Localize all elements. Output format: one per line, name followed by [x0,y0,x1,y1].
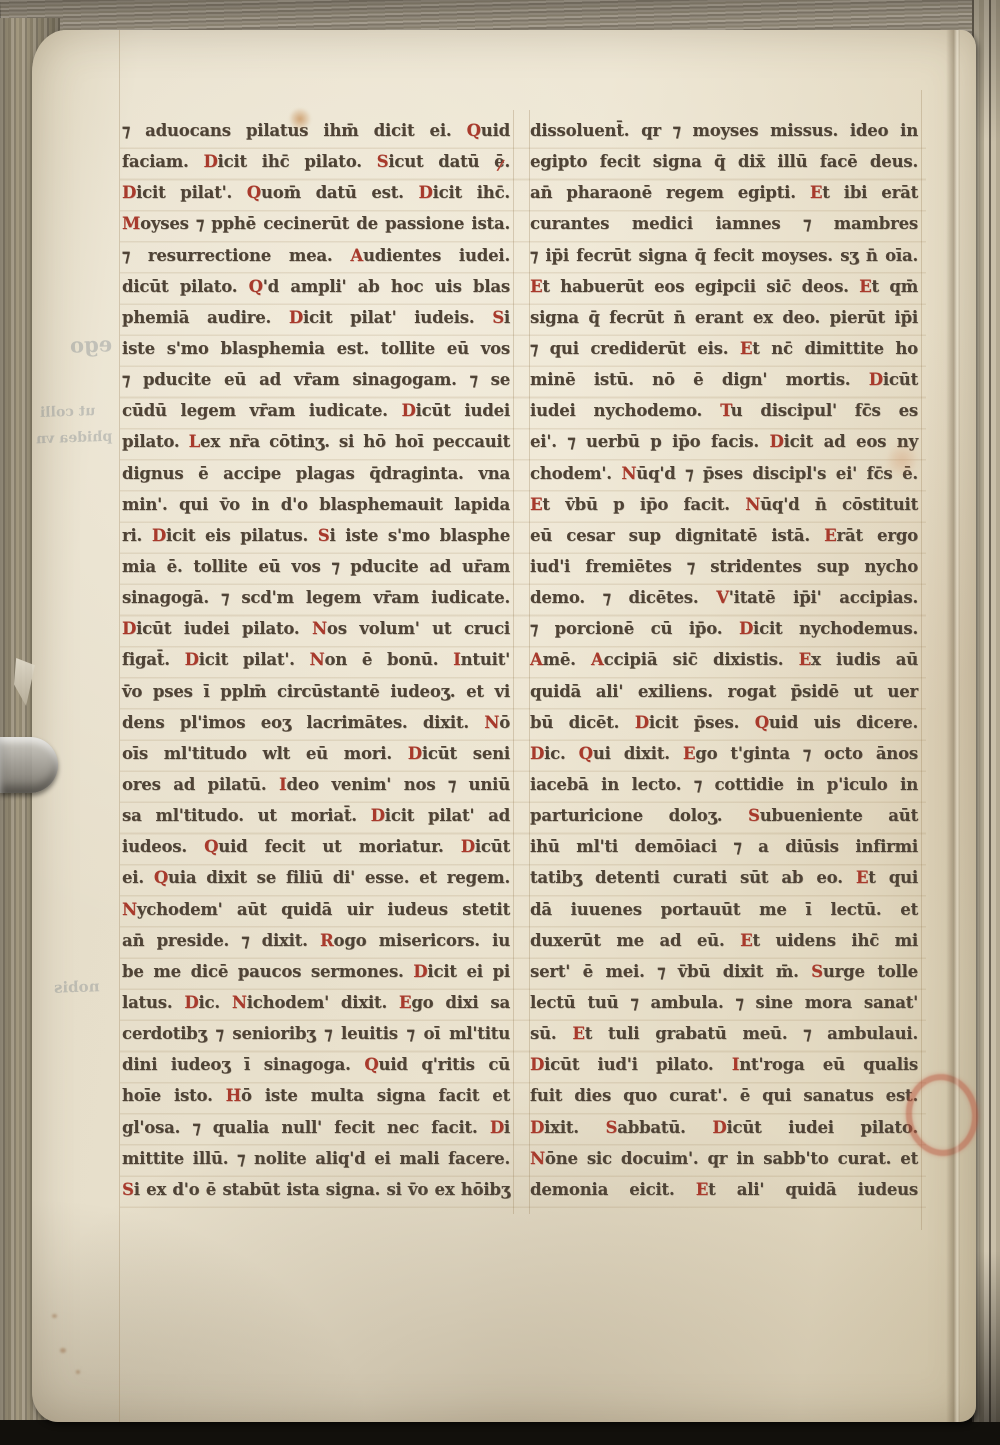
text-run: ychodem' aūt quidā uir iudeus stetit [137,900,510,919]
rubricated-letter: D [152,526,166,545]
rubricated-letter: D [122,183,136,202]
manuscript-text-line: cūdū legem vr̄am iudicate. Dicūt iudei [122,396,510,427]
rubricated-letter: D [739,619,753,638]
rubricated-letter: N [745,495,760,514]
manuscript-text-line: faciam. Dicit ihc̄ pilato. Sicut datū ē. [122,147,510,178]
text-run: oyses ⁊ pphē cecinerūt de passione ista. [140,214,510,233]
manuscript-text-line: ei. Quia dixit se filiū di' esse. et reg… [122,863,510,894]
text-run: ex nr̄a cōtinʒ. si hō hoī peccauit [200,432,510,451]
text-run: quidā ali' exiliens. rogat p̄sidē ut uer [530,682,918,701]
text-run: u discipul' fc̄s es [731,401,918,420]
manuscript-text-line: an̄ preside. ⁊ dixit. Rogo misericors. i… [122,926,510,957]
text-run: cūdū legem vr̄am iudicate. [122,401,401,420]
manuscript-text-line: demonia eicit. Et ali' quidā iudeus [530,1175,918,1206]
manuscript-text-line: v̄o pses ī pplm̄ circūstantē iudeoʒ. et … [122,677,510,708]
text-run: sū. [530,1024,572,1043]
manuscript-text-line: lectū tuū ⁊ ambula. ⁊ sine mora sanat' [530,988,918,1019]
text-run: ō iste multa signa facit et [241,1086,510,1105]
text-run: 'd ampli' ab hoc uis blas [263,277,510,296]
manuscript-text-line: min'. qui v̄o in d'o blasphemauit lapida [122,490,510,521]
text-run: uia dixit se filiū di' esse. et regem. [168,868,510,887]
text-run: icūt iudei pilato. [726,1118,918,1137]
manuscript-text-line: sinagogā. ⁊ scd'm legem vr̄am iudicate. [122,583,510,614]
text-run: icit p̄ses. [649,713,755,732]
rubricated-letter: S [748,806,760,825]
text-run: t v̄bū p ip̄o facit. [542,495,745,514]
text-run: t tuli grabatū meū. ⁊ ambulaui. [585,1024,918,1043]
text-run: an̄ preside. ⁊ dixit. [122,931,320,950]
rubricated-letter: A [530,650,543,669]
text-run: dā iuuenes portauūt me ī lectū. et [530,900,918,919]
manuscript-text-line: phemiā audire. Dicit pilat' iudeis. Si [122,303,510,334]
manuscript-text-line: gl'osa. ⁊ qualia null' fecit nec facit. … [122,1113,510,1144]
manuscript-text-line: ⁊ qui crediderūt eis. Et nc̄ dimittite h… [530,334,918,365]
manuscript-text-line: ei'. ⁊ uerbū p ip̄o facis. Dicit ad eos … [530,427,918,458]
rubricated-letter: E [530,277,542,296]
rubricated-letter: D [461,837,475,856]
text-run: minē istū. nō ē dign' mortis. [530,370,869,389]
text-run: lectū tuū ⁊ ambula. ⁊ sine mora sanat' [530,993,918,1012]
rubricated-letter: R [320,931,334,950]
manuscript-text-line: bū dicēt. Dicit p̄ses. Quid uis dicere. [530,708,918,739]
text-run: abbatū. [617,1118,712,1137]
manuscript-text-line: Moyses ⁊ pphē cecinerūt de passione ista… [122,209,510,240]
text-run: duxerūt me ad eū. [530,931,740,950]
rubricated-letter: N [312,619,327,638]
rubricated-letter: D [185,650,199,669]
text-run: icit pilat'. [199,650,310,669]
manuscript-text-line: demo. ⁊ dicētes. V'itatē ip̄i' accipias. [530,583,918,614]
text-run: i ex d'o ē stabūt ista signa. si v̄o ex … [134,1180,510,1199]
show-through-ghost-text: ego [70,331,113,357]
text-run: icūt [475,837,510,856]
manuscript-text-line: mittite illū. ⁊ nolite aliq'd ei mali fa… [122,1144,510,1175]
rubricated-letter: N [310,650,325,669]
ruling-vertical-line-left [119,30,120,1422]
manuscript-text-line: iudeos. Quid fecit ut moriatur. Dicūt [122,832,510,863]
manuscript-text-line: dissoluent̄. qr ⁊ moyses missus. ideo in [530,116,918,147]
manuscript-text-line: dini iudeoʒ ī sinagoga. Quid q'ritis cū [122,1050,510,1081]
manuscript-text-line: oīs ml'titudo wlt eū mori. Dicūt seni [122,739,510,770]
stain-freckle [60,1348,66,1353]
text-run: rāt ergo [837,526,918,545]
manuscript-text-line: Dicit pilat'. Quom̄ datū est. Dicit ihc̄… [122,178,510,209]
page-fold-crease [946,30,960,1422]
text-run: eū cesar sup dignitatē istā. [530,526,824,545]
rubricated-letter: E [572,1024,584,1043]
text-run: ūq'd ⁊ p̄ses discipl's ei' fc̄s ē. [636,464,918,483]
text-run: x iudis aū [811,650,918,669]
rubricated-letter: Q [154,868,168,887]
book-page-edges-right [972,0,1000,1422]
manuscript-text-line: Nōne sic docuim'. qr in sabb'to curat. e… [530,1144,918,1175]
text-run: ixit. [544,1118,605,1137]
text-run: ⁊ porcionē cū ip̄o. [530,619,739,638]
text-run: fuit dies quo curat'. ē qui sanatus est. [530,1086,918,1105]
rubricated-letter: E [740,931,752,950]
text-run: signa q̄ fecrūt n̄ erant ex deo. pierūt … [530,308,918,327]
manuscript-text-line: Dicūt iudei pilato. Nos volum' ut cruci [122,614,510,645]
stain-freckle [76,1370,80,1374]
manuscript-text-line: sū. Et tuli grabatū meū. ⁊ ambulaui. [530,1019,918,1050]
manuscript-text-line: Nychodem' aūt quidā uir iudeus stetit [122,895,510,926]
manuscript-text-line: Dicūt iud'i pilato. Int'roga eū qualis [530,1050,918,1081]
manuscript-text-line: egipto fecit signa q̄ dix̄ illū facē deu… [530,147,918,178]
manuscript-text-line: ihū ml'ti demōiaci ⁊ a diūsis infirmi [530,832,918,863]
manuscript-text-line: quidā ali' exiliens. rogat p̄sidē ut uer [530,677,918,708]
text-run: uid fecit ut moriatur. [218,837,460,856]
text-run: ⁊ pducite eū ad vr̄am sinagogam. ⁊ se [122,370,510,389]
manuscript-text-line: minē istū. nō ē dign' mortis. Dicūt [530,365,918,396]
text-run: sa ml'titudo. ut moriat̄. [122,806,371,825]
text-run: icit nychodemus. [753,619,918,638]
rubricated-letter: E [740,339,752,358]
manuscript-text-line: dicūt pilato. Q'd ampli' ab hoc uis blas [122,272,510,303]
manuscript-text-line: iud'i fremiētes ⁊ stridentes sup nycho [530,552,918,583]
rubricated-letter: S [606,1118,618,1137]
text-run: pilato. [122,432,189,451]
rubricated-letter: T [720,401,731,420]
manuscript-text-line: mia ē. tollite eū vos ⁊ pducite ad ur̄am [122,552,510,583]
rubricated-letter: D [770,432,784,451]
manuscript-text-line: ⁊ porcionē cū ip̄o. Dicit nychodemus. [530,614,918,645]
text-run: icit pilat' ad [385,806,510,825]
rubricated-letter: E [530,495,542,514]
manuscript-text-line: iudei nychodemo. Tu discipul' fc̄s es [530,396,918,427]
manuscript-text-line: ores ad pilatū. Ideo venim' nos ⁊ uniū [122,770,510,801]
text-run: dens pl'imos eoʒ lacrimātes. dixit. [122,713,484,732]
plastic-clip [0,737,58,793]
text-run: ōne sic docuim'. qr in sabb'to curat. et [545,1149,918,1168]
rubricated-letter: D [530,1055,544,1074]
text-run: ui dixit. [593,744,683,763]
text-run: parturicione doloʒ. [530,806,748,825]
manuscript-text-line: ⁊ aduocans pilatus ihm̄ dicit ei. Quid [122,116,510,147]
rubricated-letter: D [635,713,649,732]
rubricated-letter: N [484,713,499,732]
rubricated-letter: V [716,588,729,607]
rubricated-letter: Q [755,713,769,732]
text-run: mia ē. tollite eū vos ⁊ pducite ad ur̄am [122,557,510,576]
text-run: urge tolle [823,962,918,981]
rubricated-letter: D [413,962,427,981]
text-run: ⁊ qui crediderūt eis. [530,339,740,358]
rubricated-letter: N [530,1149,545,1168]
text-run: an̄ pharaonē regem egipti. [530,183,810,202]
text-run: latus. [122,993,184,1012]
text-run: uid [481,121,510,140]
rubricated-letter: D [408,744,422,763]
text-run: icit pilat'. [136,183,247,202]
text-run: phemiā audire. [122,308,289,327]
text-run: demo. ⁊ dicētes. [530,588,716,607]
manuscript-text-line: an̄ pharaonē regem egipti. Et ibi erāt [530,178,918,209]
text-run: i [504,308,510,327]
text-run: ri. [122,526,152,545]
text-run: sinagogā. ⁊ scd'm legem vr̄am iudicate. [122,588,510,607]
rubricated-letter: H [226,1086,241,1105]
text-run: ihū ml'ti demōiaci ⁊ a diūsis infirmi [530,837,918,856]
text-run: ic. [198,993,231,1012]
text-run: i [504,1118,510,1137]
rubricated-letter: Q [204,837,218,856]
text-run: curantes medici iamnes ⁊ mambres [530,214,918,233]
manuscript-text-line: Dixit. Sabbatū. Dicūt iudei pilato. [530,1113,918,1144]
text-run: i iste s'mo blasphe [329,526,510,545]
manuscript-text-line: curantes medici iamnes ⁊ mambres [530,209,918,240]
text-run: t nc̄ dimittite ho [752,339,918,358]
text-run: ūq'd n̄ cōstituit [760,495,918,514]
text-run: go dixi sa [411,993,510,1012]
text-run: deo venim' nos ⁊ uniū [286,775,510,794]
text-run: icit ei pi [427,962,510,981]
show-through-ghost-text: phidea vn [36,429,113,448]
manuscript-text-line: ⁊ ip̄i fecrūt signa q̄ fecit moyses. sʒ … [530,241,918,272]
rubricated-letter: N [122,900,137,919]
text-column-right: dissoluent̄. qr ⁊ moyses missus. ideo in… [530,116,918,1206]
text-run: bū dicēt. [530,713,635,732]
text-run: cerdotibʒ ⁊ senioribʒ ⁊ leuitis ⁊ oī ml'… [122,1024,510,1043]
text-run: hoīe isto. [122,1086,226,1105]
text-run: be me dicē paucos sermones. [122,962,413,981]
text-run: ogo misericors. iu [334,931,510,950]
rubricated-letter: E [856,868,868,887]
text-run: ic. [544,744,579,763]
rubricated-letter: Q [249,277,263,296]
rubricated-letter: D [712,1118,726,1137]
rubricated-letter: E [859,277,871,296]
rubricated-letter: S [377,152,389,171]
manuscript-text-line: iste s'mo blasphemia est. tollite eū vos [122,334,510,365]
manuscript-text-line: ⁊ resurrectione mea. Audientes iudei. [122,241,510,272]
text-run: ubueniente aūt [760,806,918,825]
text-run: gl'osa. ⁊ qualia null' fecit nec facit. [122,1118,490,1137]
text-run: icūt seni [422,744,510,763]
text-run: t ali' quidā iudeus [708,1180,918,1199]
text-run: faciam. [122,152,203,171]
text-run: t qui [868,868,918,887]
text-run: icūt iud'i pilato. [544,1055,732,1074]
text-run: go t'ginta ⁊ octo ānos [695,744,918,763]
text-run: uid q'ritis cū [379,1055,510,1074]
stain-freckle [52,1314,57,1318]
text-run: icut datū ē. [388,152,510,171]
text-run: chodem'. [530,464,621,483]
manuscript-text-line: sa ml'titudo. ut moriat̄. Dicit pilat' a… [122,801,510,832]
rubricated-letter: L [189,432,200,451]
rubricated-letter: E [810,183,822,202]
ruling-vertical-line-right [921,90,922,1230]
text-run: ntuit' [461,650,510,669]
rubricated-letter: E [824,526,836,545]
text-run: icūt [883,370,918,389]
rubricated-letter: E [799,650,811,669]
rubricated-letter: E [683,744,695,763]
rubricated-letter: N [621,464,636,483]
rubricated-letter: D [869,370,883,389]
text-run: iudeos. [122,837,204,856]
text-run: ō [499,713,510,732]
rubricated-letter: S [122,1180,134,1199]
ruling-vertical-line-gutter-left [513,110,514,1214]
manuscript-text-line: Dic. Qui dixit. Ego t'ginta ⁊ octo ānos [530,739,918,770]
rubricated-letter: D [418,183,432,202]
text-run: 'itatē ip̄i' accipias. [729,588,918,607]
manuscript-text-line: signa q̄ fecrūt n̄ erant ex deo. pierūt … [530,303,918,334]
text-run: iud'i fremiētes ⁊ stridentes sup nycho [530,557,918,576]
text-run: icit ihc̄. [433,183,510,202]
rubricated-letter: I [453,650,461,669]
rubricated-letter: Q [364,1055,378,1074]
rubricated-letter: D [401,401,415,420]
text-run: mē. [543,650,591,669]
rubricated-letter: Q [467,121,481,140]
rubricated-letter: S [492,308,504,327]
manuscript-text-line: hoīe isto. Hō iste multa signa facit et [122,1081,510,1112]
manuscript-text-line: eū cesar sup dignitatē istā. Erāt ergo [530,521,918,552]
manuscript-text-line: ri. Dicit eis pilatus. Si iste s'mo blas… [122,521,510,552]
manuscript-text-line: duxerūt me ad eū. Et uidens ihc̄ mi [530,926,918,957]
text-column-left: ⁊ aduocans pilatus ihm̄ dicit ei. Quidfa… [122,116,510,1206]
text-run: oīs ml'titudo wlt eū mori. [122,744,408,763]
text-run: figat̄. [122,650,185,669]
text-run: dini iudeoʒ ī sinagoga. [122,1055,364,1074]
manuscript-text-line: cerdotibʒ ⁊ senioribʒ ⁊ leuitis ⁊ oī ml'… [122,1019,510,1050]
text-run: egipto fecit signa q̄ dix̄ illū facē deu… [530,152,918,171]
text-run: ores ad pilatū. [122,775,279,794]
manuscript-text-line: fuit dies quo curat'. ē qui sanatus est. [530,1081,918,1112]
text-run: os volum' ut cruci [327,619,510,638]
text-run: udientes iudei. [363,246,510,265]
text-run: tatibʒ detenti curati sūt ab eo. [530,868,856,887]
manuscript-text-line: Si ex d'o ē stabūt ista signa. si v̄o ex… [122,1175,510,1206]
text-run: dignus ē accipe plagas q̄draginta. vna [122,464,510,483]
text-run: icūt iudei [416,401,510,420]
rubricated-letter: S [811,962,823,981]
text-run: icit pilat' iudeis. [303,308,492,327]
text-run: v̄o pses ī pplm̄ circūstantē iudeoʒ. et … [122,682,510,701]
text-run: uid uis dicere. [769,713,918,732]
manuscript-text-line: iacebā in lecto. ⁊ cottidie in p'iculo i… [530,770,918,801]
rubricated-letter: E [399,993,411,1012]
text-run: mittite illū. ⁊ nolite aliq'd ei mali fa… [122,1149,510,1168]
rubricated-letter: E [696,1180,708,1199]
rubricated-letter: D [122,619,136,638]
rubricated-letter: D [289,308,303,327]
rubricated-letter: D [530,744,544,763]
rubricated-letter: N [232,993,247,1012]
text-run: ⁊ resurrectione mea. [122,246,350,265]
text-run: t uidens ihc̄ mi [752,931,918,950]
rubricated-letter: M [122,214,140,233]
text-run: iste s'mo blasphemia est. tollite eū vos [122,339,510,358]
text-run: t habuerūt eos egipcii sic̄ deos. [542,277,859,296]
text-run: ⁊ ip̄i fecrūt signa q̄ fecit moyses. sʒ … [530,246,918,265]
manuscript-text-line: chodem'. Nūq'd ⁊ p̄ses discipl's ei' fc̄… [530,459,918,490]
rubricated-letter: A [350,246,363,265]
text-run: sert' ē mei. ⁊ v̄bū dixit m̄. [530,962,811,981]
manuscript-text-line: ⁊ pducite eū ad vr̄am sinagogam. ⁊ se [122,365,510,396]
manuscript-text-line: latus. Dic. Nichodem' dixit. Ego dixi sa [122,988,510,1019]
rubricated-letter: Q [247,183,261,202]
text-run: nt'roga eū qualis [739,1055,918,1074]
text-run: iacebā in lecto. ⁊ cottidie in p'iculo i… [530,775,918,794]
rubricated-letter: D [490,1118,504,1137]
manuscript-text-line: Et habuerūt eos egipcii sic̄ deos. Et qm… [530,272,918,303]
stain-brown-spot [288,108,312,130]
text-run: dicūt pilato. [122,277,249,296]
manuscript-text-line: pilato. Lex nr̄a cōtinʒ. si hō hoī pecca… [122,427,510,458]
manuscript-text-line: dens pl'imos eoʒ lacrimātes. dixit. Nō [122,708,510,739]
text-run: demonia eicit. [530,1180,696,1199]
manuscript-text-line: Et v̄bū p ip̄o facit. Nūq'd n̄ cōstituit [530,490,918,521]
text-run: ei'. ⁊ uerbū p ip̄o facis. [530,432,770,451]
rubricated-letter: A [591,650,604,669]
text-run: t qm̄ [872,277,918,296]
text-run: iudei nychodemo. [530,401,720,420]
text-run: ccipiā sic̄ dixistis. [604,650,799,669]
text-run: uom̄ datū est. [261,183,419,202]
show-through-ghost-text: ut colli [40,403,96,421]
rubricated-letter: D [203,152,217,171]
manuscript-text-line: Amē. Accipiā sic̄ dixistis. Ex iudis aū [530,645,918,676]
text-run: icūt iudei pilato. [136,619,312,638]
manuscript-text-line: be me dicē paucos sermones. Dicit ei pi [122,957,510,988]
text-run: ichodem' dixit. [247,993,399,1012]
text-run: t ibi erāt [822,183,918,202]
rubricated-letter: D [530,1118,544,1137]
text-run: dissoluent̄. qr ⁊ moyses missus. ideo in [530,121,918,140]
photo-frame: ⁊ aduocans pilatus ihm̄ dicit ei. Quidfa… [0,0,1000,1445]
rubricated-letter: S [318,526,330,545]
manuscript-text-line: dā iuuenes portauūt me ī lectū. et [530,895,918,926]
text-run: on ē bonū. [324,650,453,669]
manuscript-text-line: parturicione doloʒ. Subueniente aūt [530,801,918,832]
text-run: min'. qui v̄o in d'o blasphemauit lapida [122,495,510,514]
rubricated-letter: D [371,806,385,825]
manuscript-page: ⁊ aduocans pilatus ihm̄ dicit ei. Quidfa… [32,30,976,1422]
rubricated-letter: Q [579,744,593,763]
manuscript-text-line: tatibʒ detenti curati sūt ab eo. Et qui [530,863,918,894]
text-run: icit eis pilatus. [166,526,318,545]
rubricated-letter: D [184,993,198,1012]
manuscript-text-line: dignus ē accipe plagas q̄draginta. vna [122,459,510,490]
text-run: icit ihc̄ pilato. [218,152,377,171]
manuscript-text-line: sert' ē mei. ⁊ v̄bū dixit m̄. Surge toll… [530,957,918,988]
show-through-ghost-text: nobis [54,977,100,997]
manuscript-text-line: figat̄. Dicit pilat'. Non ē bonū. Intuit… [122,645,510,676]
text-run: ei. [122,868,154,887]
